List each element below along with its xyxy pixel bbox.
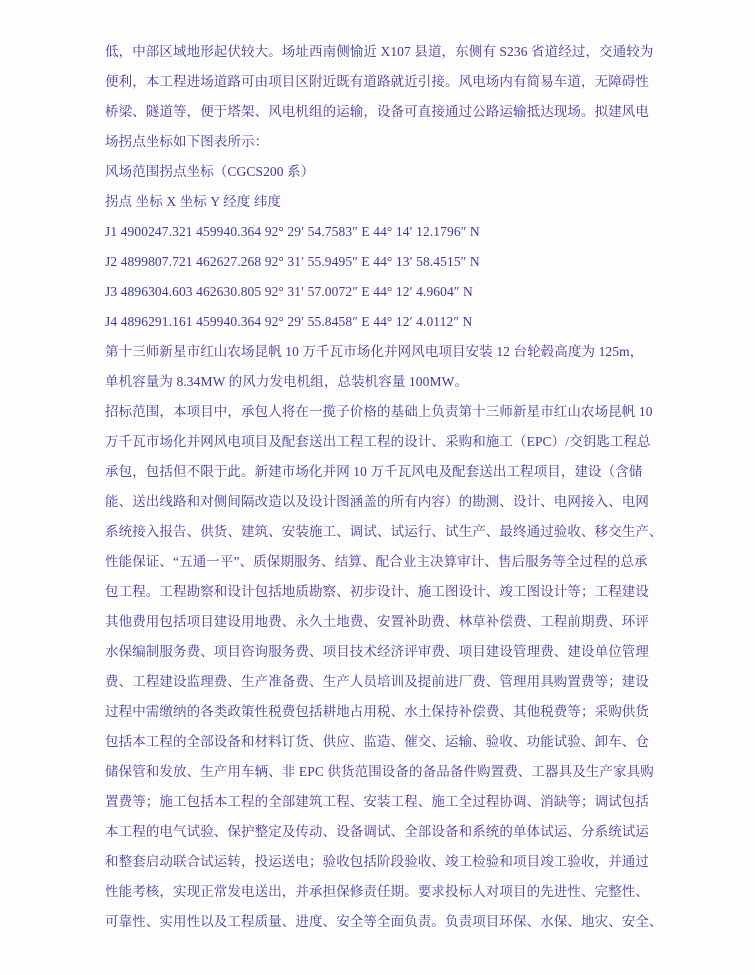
coordinate-row: J4 4896291.161 459940.364 92° 29′ 55.845… <box>105 307 715 337</box>
scope-line: 储保管和发放、生产用车辆、非 EPC 供货范围设备的备品备件购置费、工器具及生产… <box>105 757 715 787</box>
scope-line: 承包，包括但不限于此。新建市场化并网 10 万千瓦风电及配套送出工程项目，建设（… <box>105 457 715 487</box>
scope-line: 包工程。工程勘察和设计包括地质勘察、初步设计、施工图设计、竣工图设计等；工程建设 <box>105 577 715 607</box>
intro-line: 桥梁、隧道等，便于塔架、风电机组的运输，设备可直接通过公路运输抵达现场。拟建风电 <box>105 97 715 127</box>
scope-line: 性能保证、“五通一平”、质保期服务、结算、配合业主决算审计、售后服务等全过程的总… <box>105 547 715 577</box>
scope-line: 万千瓦市场化并网风电项目及配套送出工程工程的设计、采购和施工（EPC）/交钥匙工… <box>105 427 715 457</box>
capacity-line: 单机容量为 8.34MW 的风力发电机组，总装机容量 100MW。 <box>105 367 715 397</box>
scope-line: 置费等；施工包括本工程的全部建筑工程、安装工程、施工全过程协调、消缺等；调试包括 <box>105 787 715 817</box>
capacity-line: 第十三师新星市红山农场昆帆 10 万千瓦市场化并网风电项目安装 12 台轮毂高度… <box>105 337 715 367</box>
scope-line: 能、送出线路和对侧间隔改造以及设计图涵盖的所有内容）的勘测、设计、电网接入、电网 <box>105 487 715 517</box>
scope-line: 和整套启动联合试运转，投运送电；验收包括阶段验收、竣工检验和项目竣工验收，并通过 <box>105 847 715 877</box>
coordinate-row: J3 4896304.603 462630.805 92° 31′ 57.007… <box>105 277 715 307</box>
scope-line: 包括本工程的全部设备和材料订货、供应、监造、催交、运输、验收、功能试验、卸车、仓 <box>105 727 715 757</box>
scope-line: 招标范围，本项目中，承包人将在一揽子价格的基础上负责第十三师新星市红山农场昆帆 … <box>105 397 715 427</box>
scope-line: 水保编制服务费、项目咨询服务费、项目技术经济评审费、项目建设管理费、建设单位管理 <box>105 637 715 667</box>
coordinate-row: J1 4900247.321 459940.364 92° 29′ 54.758… <box>105 217 715 247</box>
coordinate-row: J2 4899807.721 462627.268 92° 31′ 55.949… <box>105 247 715 277</box>
document-page: 低，中部区域地形起伏较大。场址西南侧愉近 X107 县道，东侧有 S236 省道… <box>0 0 755 975</box>
scope-line: 费、工程建设监理费、生产准备费、生产人员培训及提前进厂费、管理用具购置费等；建设 <box>105 667 715 697</box>
scope-line: 过程中需缴纳的各类政策性税费包括耕地占用税、水土保持补偿费、其他税费等；采购供货 <box>105 697 715 727</box>
coordinate-table-title: 风场范围拐点坐标（CGCS200 系） <box>105 157 715 187</box>
intro-line: 场拐点坐标如下图表所示： <box>105 127 715 157</box>
scope-line: 性能考核，实现正常发电送出，并承担保修责任期。要求投标人对项目的先进性、完整性、 <box>105 877 715 907</box>
scope-line: 系统接入报告、供货、建筑、安装施工、调试、试运行、试生产、最终通过验收、移交生产… <box>105 517 715 547</box>
intro-line: 便利，本工程进场道路可由项目区附近既有道路就近引接。风电场内有简易车道，无障碍性 <box>105 67 715 97</box>
coordinate-table-header: 拐点 坐标 X 坐标 Y 经度 纬度 <box>105 187 715 217</box>
intro-line: 低，中部区域地形起伏较大。场址西南侧愉近 X107 县道，东侧有 S236 省道… <box>105 37 715 67</box>
scope-line: 其他费用包括项目建设用地费、永久土地费、安置补助费、林草补偿费、工程前期费、环评 <box>105 607 715 637</box>
scope-line: 本工程的电气试验、保护整定及传动、设备调试、全部设备和系统的单体试运、分系统试运 <box>105 817 715 847</box>
scope-line: 可靠性、实用性以及工程质量、进度、安全等全面负责。负责项目环保、水保、地灾、安全… <box>105 907 715 937</box>
